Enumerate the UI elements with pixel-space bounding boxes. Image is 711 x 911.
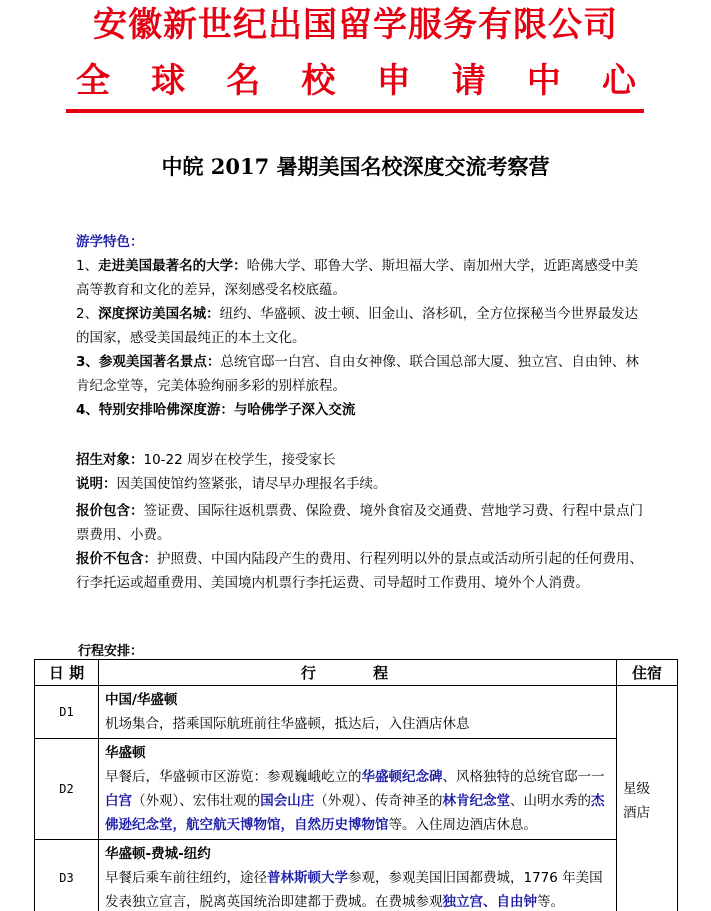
table-row: D2 华盛顿 早餐后，华盛顿市区游览：参观巍峨屹立的华盛顿纪念碑、风格独特的总统… bbox=[35, 739, 678, 840]
info-note: 说明：因美国使馆约签紧张，请尽早办理报名手续。 bbox=[76, 472, 646, 496]
highlighted-attraction: 林肯纪念堂 bbox=[443, 793, 511, 809]
center-name-char: 球 bbox=[151, 60, 185, 102]
feature-item: 1、走进美国最著名的大学：哈佛大学、耶鲁大学、斯坦福大学、南加州大学，近距离感受… bbox=[76, 254, 646, 302]
description-text: 早餐后乘车前往纽约，途径 bbox=[105, 870, 267, 886]
info-label: 报价不包含： bbox=[76, 551, 157, 567]
info-enrollment: 招生对象：10-22 周岁在校学生，接受家长 bbox=[76, 448, 646, 472]
table-row: D3 华盛顿-费城-纽约 早餐后乘车前往纽约，途径普林斯顿大学参观，参观美国旧国… bbox=[35, 840, 678, 911]
day-description: 早餐后乘车前往纽约，途径普林斯顿大学参观，参观美国旧国都费城，1776 年美国发… bbox=[105, 866, 612, 911]
info-text: 护照费、中国内陆段产生的费用、行程列明以外的景点或活动所引起的任何费用、行李托运… bbox=[76, 551, 643, 591]
column-header-hotel: 住宿 bbox=[617, 660, 678, 686]
itinerary-cell: 华盛顿 早餐后，华盛顿市区游览：参观巍峨屹立的华盛顿纪念碑、风格独特的总统官邸一… bbox=[99, 739, 617, 840]
feature-text: 与哈佛学子深入交流 bbox=[234, 402, 356, 418]
day-cell: D3 bbox=[35, 840, 99, 911]
feature-label: 参观美国著名景点： bbox=[99, 354, 221, 370]
table-row: D1 中国/华盛顿 机场集合，搭乘国际航班前往华盛顿，抵达后，入住酒店休息 星级… bbox=[35, 686, 678, 739]
description-text: 等。 bbox=[537, 894, 564, 910]
description-text: 、风格独特的总统官邸一一 bbox=[443, 769, 605, 785]
day-title: 华盛顿 bbox=[105, 741, 612, 765]
description-text: 机场集合，搭乘国际航班前往华盛顿，抵达后，入住酒店休息 bbox=[105, 716, 470, 732]
schedule-label: 行程安排： bbox=[78, 640, 143, 659]
center-name-char: 名 bbox=[226, 60, 260, 102]
info-label: 招生对象： bbox=[76, 452, 144, 468]
center-name-char: 心 bbox=[602, 60, 636, 102]
company-name: 安徽新世纪出国留学服务有限公司 bbox=[0, 4, 711, 46]
highlighted-attraction: 国会山庄 bbox=[260, 793, 314, 809]
description-text: （外观）、传奇神圣的 bbox=[314, 793, 442, 809]
description-text: （外观）、宏伟壮观的 bbox=[132, 793, 260, 809]
hotel-cell: 星级 酒店 bbox=[617, 686, 678, 911]
feature-label: 走进美国最著名的大学： bbox=[98, 258, 247, 274]
day-title: 中国/华盛顿 bbox=[105, 688, 612, 712]
table-header-row: 日 期 行 程 住宿 bbox=[35, 660, 678, 686]
features-heading: 游学特色： bbox=[76, 230, 646, 254]
column-header-itinerary-label: 行 程 bbox=[301, 664, 414, 682]
itinerary-cell: 华盛顿-费城-纽约 早餐后乘车前往纽约，途径普林斯顿大学参观，参观美国旧国都费城… bbox=[99, 840, 617, 911]
day-title: 华盛顿-费城-纽约 bbox=[105, 842, 612, 866]
column-header-date: 日 期 bbox=[35, 660, 99, 686]
highlighted-attraction: 华盛顿纪念碑 bbox=[362, 769, 443, 785]
document-title: 中皖 2017 暑期美国名校深度交流考察营 bbox=[0, 152, 711, 182]
feature-item: 3、参观美国著名景点：总统官邸一白宫、自由女神像、联合国总部大厦、独立宫、自由钟… bbox=[76, 350, 646, 398]
day-description: 早餐后，华盛顿市区游览：参观巍峨屹立的华盛顿纪念碑、风格独特的总统官邸一一白宫（… bbox=[105, 765, 612, 837]
features-list: 1、走进美国最著名的大学：哈佛大学、耶鲁大学、斯坦福大学、南加州大学，近距离感受… bbox=[76, 254, 646, 422]
center-name-char: 中 bbox=[527, 60, 561, 102]
day-cell: D2 bbox=[35, 739, 99, 840]
info-price-includes: 报价包含：签证费、国际往返机票费、保险费、境外食宿及交通费、营地学习费、行程中景… bbox=[76, 499, 646, 547]
feature-label: 特别安排哈佛深度游： bbox=[99, 402, 234, 418]
feature-item: 2、深度探访美国名城：纽约、华盛顿、波士顿、旧金山、洛杉矶，全方位探秘当今世界最… bbox=[76, 302, 646, 350]
center-name-char: 校 bbox=[301, 60, 335, 102]
info-label: 说明： bbox=[76, 476, 117, 492]
center-name-char: 申 bbox=[377, 60, 411, 102]
description-text: 、山明水秀的 bbox=[510, 793, 591, 809]
description-text: 早餐后，华盛顿市区游览：参观巍峨屹立的 bbox=[105, 769, 362, 785]
hotel-line: 酒店 bbox=[623, 801, 677, 825]
highlighted-attraction: 普林斯顿大学 bbox=[267, 870, 348, 886]
feature-number: 3、 bbox=[76, 354, 99, 370]
info-price-excludes: 报价不包含：护照费、中国内陆段产生的费用、行程列明以外的景点或活动所引起的任何费… bbox=[76, 547, 646, 595]
center-name: 全 球 名 校 申 请 中 心 bbox=[76, 60, 636, 102]
feature-item: 4、特别安排哈佛深度游：与哈佛学子深入交流 bbox=[76, 398, 646, 422]
feature-number: 2、 bbox=[76, 306, 98, 322]
center-name-char: 请 bbox=[452, 60, 486, 102]
feature-label: 深度探访美国名城： bbox=[98, 306, 220, 322]
info-section: 招生对象：10-22 周岁在校学生，接受家长 说明：因美国使馆约签紧张，请尽早办… bbox=[76, 448, 646, 595]
hotel-line: 星级 bbox=[623, 777, 677, 801]
info-label: 报价包含： bbox=[76, 503, 144, 519]
center-name-char: 全 bbox=[76, 60, 110, 102]
itinerary-table: 日 期 行 程 住宿 D1 中国/华盛顿 机场集合，搭乘国际航班前往华盛顿，抵达… bbox=[34, 659, 678, 911]
info-text: 签证费、国际往返机票费、保险费、境外食宿及交通费、营地学习费、行程中景点门票费用… bbox=[76, 503, 643, 543]
info-text: 10-22 周岁在校学生，接受家长 bbox=[144, 452, 336, 468]
header-divider bbox=[66, 109, 644, 113]
itinerary-cell: 中国/华盛顿 机场集合，搭乘国际航班前往华盛顿，抵达后，入住酒店休息 bbox=[99, 686, 617, 739]
description-text: 等。入住周边酒店休息。 bbox=[389, 817, 538, 833]
highlighted-attraction: 白宫 bbox=[105, 793, 132, 809]
column-header-itinerary: 行 程 bbox=[99, 660, 617, 686]
highlighted-attraction: 独立宫、自由钟 bbox=[443, 894, 538, 910]
feature-number: 4、 bbox=[76, 402, 99, 418]
day-cell: D1 bbox=[35, 686, 99, 739]
day-description: 机场集合，搭乘国际航班前往华盛顿，抵达后，入住酒店休息 bbox=[105, 712, 612, 736]
feature-number: 1、 bbox=[76, 258, 98, 274]
info-text: 因美国使馆约签紧张，请尽早办理报名手续。 bbox=[117, 476, 387, 492]
